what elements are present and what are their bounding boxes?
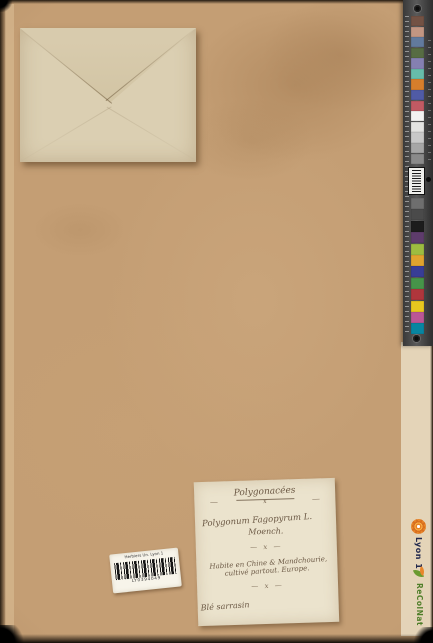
barcode-bars-icon [412,170,421,192]
color-patch [411,266,424,277]
recolnat-logo: ReColNat [413,567,426,626]
color-patch [411,132,424,142]
registration-dot-icon [413,335,420,342]
color-patch [411,101,424,111]
lyon1-logo-text: Lyon 1 [414,537,423,569]
color-patch [411,323,424,334]
color-patch [411,16,424,26]
herbarium-scan: { "specimen_label": { "family": "Polygon… [0,0,433,643]
color-patch [411,48,424,58]
scan-corner-bottom-right [411,627,433,643]
common-name-note: Blé sarrasin [197,594,338,612]
lyon1-logo: Lyon 1 [411,519,426,569]
color-patch [411,312,424,323]
separator-mark: — x — [197,580,338,592]
color-patch [411,278,424,289]
recolnat-logo-text: ReColNat [415,583,424,626]
specimen-label: Polygonacées — — x Polygonum Fagopyrum L… [194,478,339,626]
sun-icon [411,519,426,534]
color-patch [411,221,424,232]
color-patch [411,289,424,300]
color-patch [411,244,424,255]
strip-mini-barcode [409,168,424,194]
seed-envelope [20,28,196,162]
scan-edge-left [0,0,6,643]
scan-corner-top-left [0,0,14,12]
color-patch [411,58,424,68]
envelope-seam [22,106,112,160]
color-patch [411,79,424,89]
color-patch [411,255,424,266]
scan-edge-bottom [0,634,433,643]
color-patch-column-bottom [411,198,424,335]
color-patch [411,198,424,209]
scan-edge-top [0,0,433,4]
color-calibration-strip [403,0,433,346]
color-patch [411,111,424,121]
color-patch [411,90,424,100]
registration-dot-icon [426,177,431,182]
separator-mark: — x — [196,541,337,553]
color-patch [411,143,424,153]
sheet-left-edge-highlight [5,4,14,633]
color-patch [411,154,424,164]
flourish-dash: — [210,498,218,507]
color-patch [411,27,424,37]
envelope-seam [107,107,195,160]
color-patch [411,122,424,132]
flourish-dash: — [312,494,320,503]
leaf-icon [413,567,426,580]
scan-corner-bottom-left [0,625,28,643]
registration-dot-icon [414,5,421,12]
color-patch-column-top [411,16,424,164]
color-patch [411,37,424,47]
color-patch [411,232,424,243]
barcode-label: Herbiers Un. Lyon 1 LY0394049 [109,548,182,594]
strip-annotation-marks [428,40,431,160]
color-patch [411,69,424,79]
color-patch [411,209,424,220]
color-patch [411,301,424,312]
